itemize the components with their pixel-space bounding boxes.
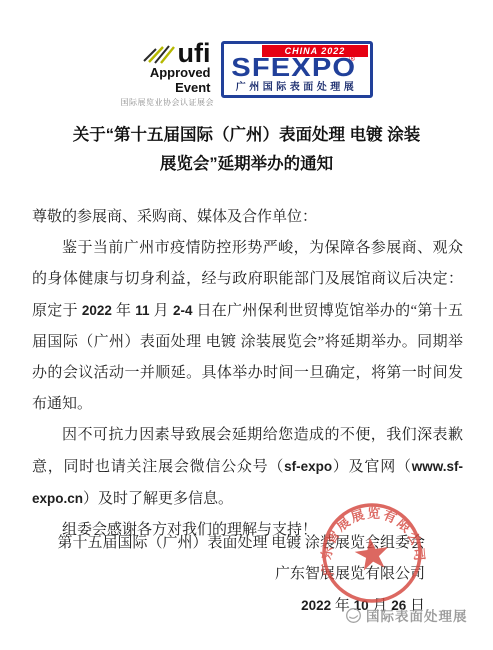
body-paragraph: 因不可抗力因素导致展会延期给您造成的不便，我们深表歉意，同时也请关注展会微信公众… [32,420,463,515]
footer-watermark: 国际表面处理展 [345,605,468,625]
sfexpo-subtitle: 广州国际表面处理展 [224,78,370,93]
ufi-swoosh-icon [142,41,176,65]
signature-committee: 第十五届国际（广州）表面处理 电镀 涂装展览会组委会 [57,528,425,559]
ufi-event-label: Event [121,80,211,95]
notice-title-line1: 关于“第十五届国际（广州）表面处理 电镀 涂装 [73,126,420,144]
salutation: 尊敬的参展商、采购商、媒体及合作单位： [32,202,463,233]
body-paragraphs: 鉴于当前广州市疫情防控形势严峻，为保障各参展商、观众的身体健康与切身利益，经与政… [32,233,463,546]
ufi-logo-top: ufi [121,41,211,65]
signature-company: 广东智展展览有限公司 [57,559,425,590]
ufi-wordmark: ufi [178,42,211,65]
notice-document: ufi Approved Event 国际展览业协会认证展会 CHINA 202… [0,0,493,650]
ufi-approved-label: Approved [121,65,211,80]
watermark-text: 国际表面处理展 [366,605,468,625]
sfexpo-logo: CHINA 2022 SFEXPO® 广州国际表面处理展 [221,41,373,98]
header-logos: ufi Approved Event 国际展览业协会认证展会 CHINA 202… [0,41,493,108]
notice-title: 关于“第十五届国际（广州）表面处理 电镀 涂装 展览会”延期举办的通知 [0,121,493,179]
ufi-caption: 国际展览业协会认证展会 [121,97,211,108]
body-paragraph: 鉴于当前广州市疫情防控形势严峻，为保障各参展商、观众的身体健康与切身利益，经与政… [32,233,463,420]
notice-body: 尊敬的参展商、采购商、媒体及合作单位： 鉴于当前广州市疫情防控形势严峻，为保障各… [32,202,463,546]
notice-title-line2: 展览会”延期举办的通知 [160,155,333,173]
sfexpo-watermark-icon [345,607,362,624]
sfexpo-wordmark: SFEXPO [231,54,356,81]
sfexpo-wordmark-row: SFEXPO® [226,54,368,81]
ufi-logo: ufi Approved Event 国际展览业协会认证展会 [121,41,211,108]
